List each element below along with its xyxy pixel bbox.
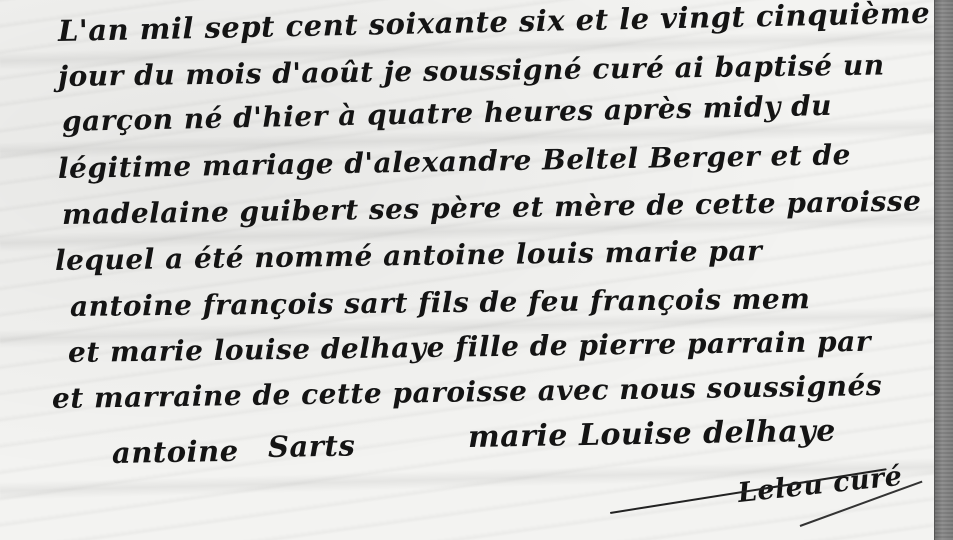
book-binding-edge (934, 0, 953, 540)
signature-godfather-firstname: antoine (112, 434, 239, 470)
register-page: L'an mil sept cent soixante six et le vi… (0, 0, 935, 540)
signature-godmother: marie Louise delhaye (468, 414, 836, 455)
text-line-9: et marraine de cette paroisse avec nous … (52, 369, 883, 415)
signature-godfather-surname: Sarts (268, 428, 356, 464)
